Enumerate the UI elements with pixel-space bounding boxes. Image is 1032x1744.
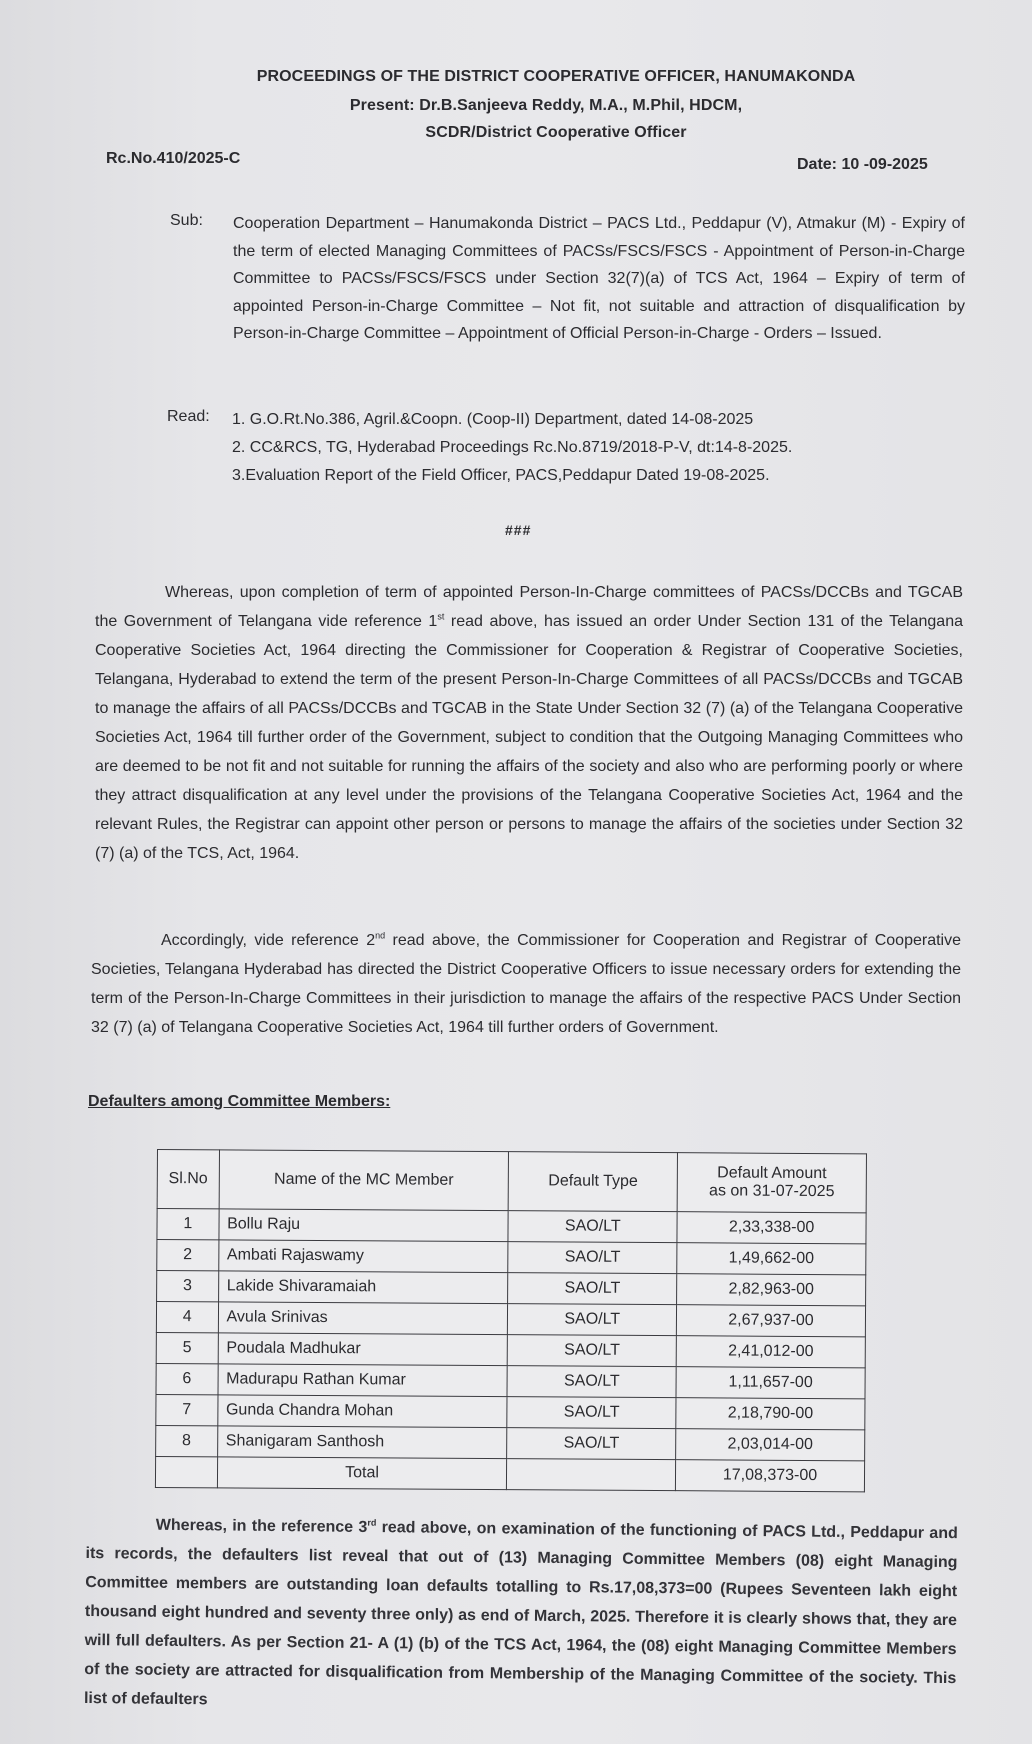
total-amount: 17,08,373-00 [676, 1460, 865, 1492]
text-run: read above, has issued an order Under Se… [95, 613, 963, 862]
cell-sl-no: 6 [156, 1363, 218, 1394]
table-body: 1Bollu RajuSAO/LT2,33,338-002Ambati Raja… [155, 1209, 866, 1492]
cell-sl-no: 1 [157, 1209, 219, 1240]
cell-default-amount: 2,33,338-00 [677, 1212, 866, 1244]
table-header-row: Sl.No Name of the MC Member Default Type… [157, 1150, 866, 1213]
table-row: 6Madurapu Rathan KumarSAO/LT1,11,657-00 [156, 1363, 865, 1398]
cell-default-amount: 2,41,012-00 [676, 1336, 865, 1368]
reference-item: 1. G.O.Rt.No.386, Agril.&Coopn. (Coop-II… [232, 406, 952, 434]
cell-sl-no: 4 [156, 1302, 218, 1333]
presiding-officer: Present: Dr.B.Sanjeeva Reddy, M.A., M.Ph… [30, 97, 1032, 115]
reference-number: Rc.No.410/2025-C [106, 150, 240, 168]
cell-sl-no: 2 [157, 1240, 219, 1271]
cell-member-name: Madurapu Rathan Kumar [218, 1364, 508, 1397]
cell-default-amount: 2,18,790-00 [676, 1398, 865, 1430]
table-row: 1Bollu RajuSAO/LT2,33,338-00 [157, 1209, 866, 1244]
cell-member-name: Poudala Madhukar [218, 1333, 508, 1366]
document-date: Date: 10 -09-2025 [797, 156, 928, 174]
cell-default-type: SAO/LT [508, 1304, 677, 1336]
subject-label: Sub: [170, 212, 203, 230]
cell-member-name: Ambati Rajaswamy [218, 1240, 508, 1273]
read-references: 1. G.O.Rt.No.386, Agril.&Coopn. (Coop-II… [232, 406, 952, 490]
cell-default-amount: 2,82,963-00 [677, 1274, 866, 1306]
document-page: PROCEEDINGS OF THE DISTRICT COOPERATIVE … [0, 0, 1032, 1744]
table-row: 2Ambati RajaswamySAO/LT1,49,662-00 [157, 1240, 866, 1275]
reference-item: 3.Evaluation Report of the Field Officer… [232, 462, 952, 490]
cell-member-name: Avula Srinivas [218, 1302, 508, 1335]
text-run: Whereas, in the reference 3 [156, 1517, 368, 1536]
document-title: PROCEEDINGS OF THE DISTRICT COOPERATIVE … [40, 68, 1032, 86]
cell-default-type: SAO/LT [508, 1211, 677, 1243]
section-separator: ### [505, 522, 531, 538]
cell-default-amount: 2,03,014-00 [676, 1429, 865, 1461]
cell-sl-no: 7 [156, 1394, 218, 1425]
table-row: 5Poudala MadhukarSAO/LT2,41,012-00 [156, 1332, 865, 1367]
text-run: read above, on examination of the functi… [84, 1519, 958, 1708]
officer-designation: SCDR/District Cooperative Officer [40, 124, 1032, 142]
read-label: Read: [167, 408, 210, 426]
total-label: Total [217, 1457, 507, 1490]
cell-member-name: Lakide Shivaramaiah [218, 1271, 508, 1304]
table-row: 4Avula SrinivasSAO/LT2,67,937-00 [156, 1302, 865, 1337]
cell-default-type: SAO/LT [507, 1428, 676, 1460]
superscript: nd [375, 931, 385, 941]
cell-empty [155, 1456, 217, 1487]
col-amount-line2: as on 31-07-2025 [686, 1182, 858, 1201]
col-amount-line1: Default Amount [717, 1164, 827, 1182]
cell-default-amount: 1,49,662-00 [677, 1243, 866, 1275]
cell-default-type: SAO/LT [507, 1366, 676, 1398]
paragraph-whereas-1: Whereas, upon completion of term of appo… [95, 578, 963, 868]
cell-member-name: Bollu Raju [219, 1209, 509, 1242]
cell-default-type: SAO/LT [507, 1397, 676, 1429]
cell-default-type: SAO/LT [508, 1273, 677, 1305]
defaulters-table: Sl.No Name of the MC Member Default Type… [155, 1149, 867, 1492]
col-default-type: Default Type [509, 1152, 678, 1212]
defaulters-heading: Defaulters among Committee Members: [88, 1093, 390, 1111]
cell-default-amount: 2,67,937-00 [676, 1305, 865, 1337]
col-sl-no: Sl.No [157, 1150, 219, 1209]
reference-item: 2. CC&RCS, TG, Hyderabad Proceedings Rc.… [232, 434, 952, 462]
cell-sl-no: 8 [156, 1425, 218, 1456]
cell-default-type: SAO/LT [508, 1242, 677, 1274]
col-default-amount: Default Amount as on 31-07-2025 [677, 1153, 866, 1213]
col-member-name: Name of the MC Member [219, 1150, 509, 1211]
cell-member-name: Shanigaram Santhosh [217, 1426, 507, 1459]
table-row: 3Lakide ShivaramaiahSAO/LT2,82,963-00 [157, 1271, 866, 1306]
cell-sl-no: 5 [156, 1332, 218, 1363]
cell-default-type: SAO/LT [508, 1335, 677, 1367]
paragraph-whereas-3: Whereas, in the reference 3rd read above… [84, 1510, 958, 1722]
table-row: 7Gunda Chandra MohanSAO/LT2,18,790-00 [156, 1394, 865, 1429]
table-total-row: Total17,08,373-00 [155, 1456, 864, 1491]
cell-member-name: Gunda Chandra Mohan [217, 1395, 507, 1428]
cell-empty [507, 1459, 676, 1491]
table-row: 8Shanigaram SanthoshSAO/LT2,03,014-00 [156, 1425, 865, 1460]
subject-text: Cooperation Department – Hanumakonda Dis… [233, 210, 965, 348]
paragraph-accordingly: Accordingly, vide reference 2nd read abo… [91, 926, 961, 1042]
superscript: rd [367, 1518, 376, 1528]
text-run: Accordingly, vide reference 2 [161, 932, 375, 949]
cell-default-amount: 1,11,657-00 [676, 1367, 865, 1399]
cell-sl-no: 3 [157, 1271, 219, 1302]
